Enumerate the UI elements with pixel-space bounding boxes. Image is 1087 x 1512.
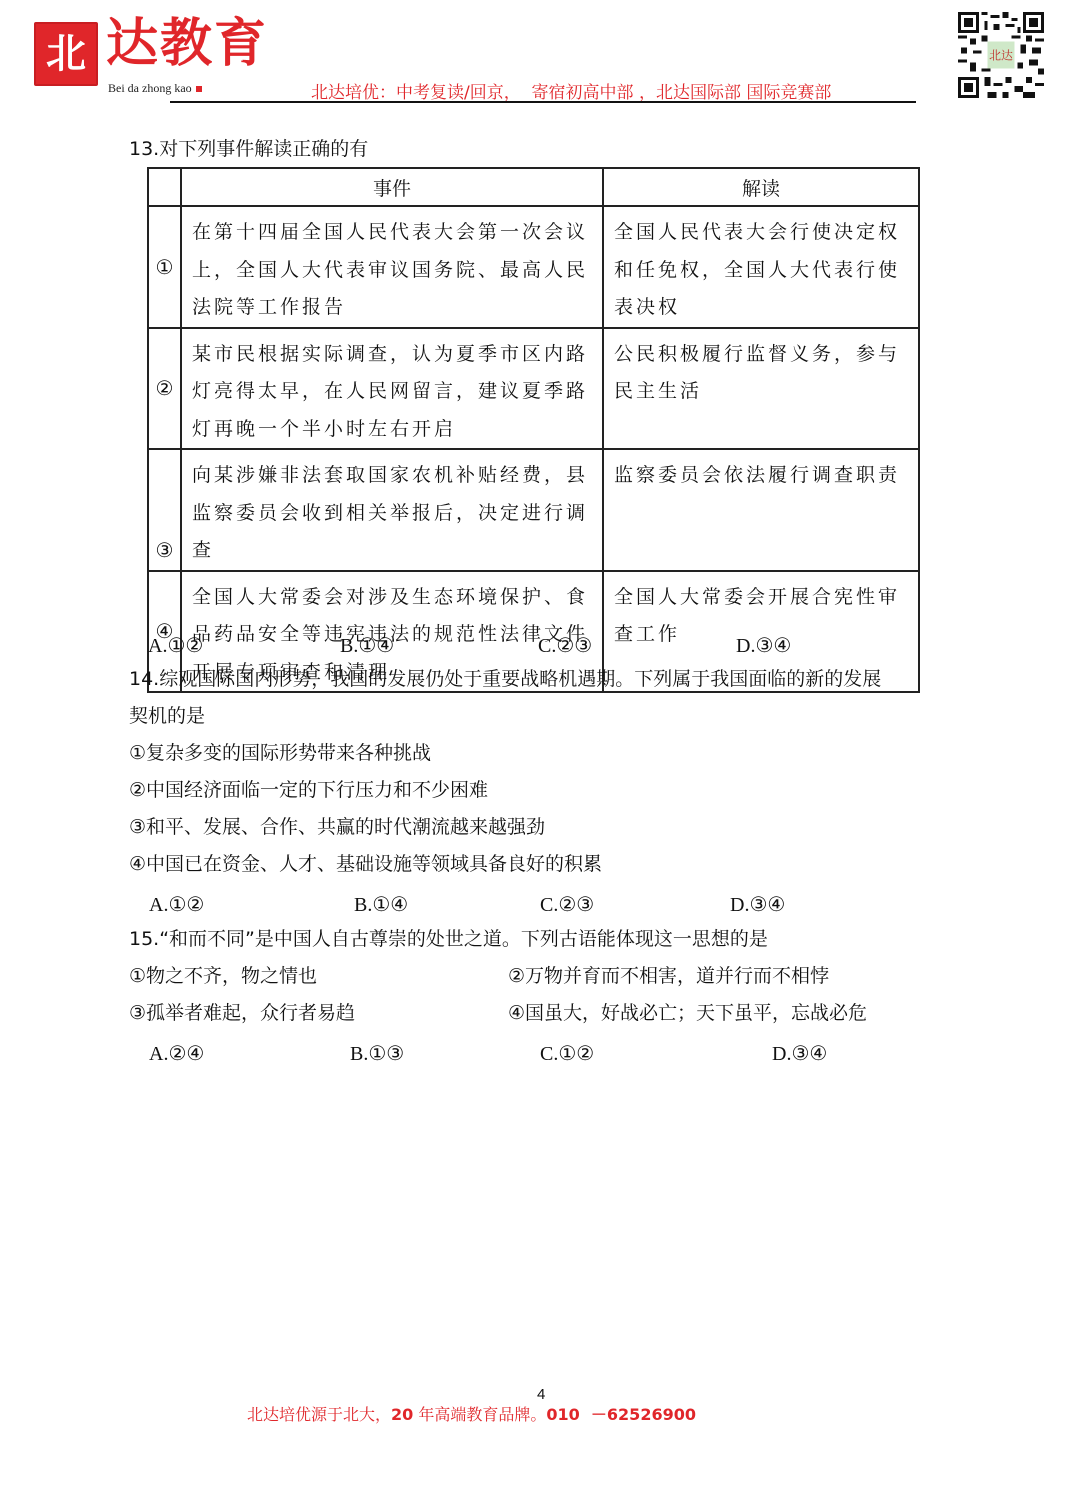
footer-phone: 010 －62526900 <box>546 1405 696 1424</box>
q15-option-d[interactable]: D.③④ <box>772 1041 827 1066</box>
row-event: 向某涉嫌非法套取国家农机补贴经费，县监察委员会收到相关举报后，决定进行调查 <box>181 449 603 571</box>
logo-seal-char: 北 <box>46 34 86 74</box>
q13-option-b[interactable]: B.①④ <box>340 633 394 658</box>
q13-option-d[interactable]: D.③④ <box>736 633 791 658</box>
row-number: ② <box>148 328 181 450</box>
row-event: 某市民根据实际调查，认为夏季市区内路灯亮得太早，在人民网留言，建议夏季路灯再晚一… <box>181 328 603 450</box>
q14-option-c[interactable]: C.②③ <box>540 892 594 917</box>
q15-item-2: ②万物并育而不相害，道并行而不相悖 <box>508 967 829 986</box>
header-tagline: 北达培优：中考复读/回京， 寄宿初高中部 ，北达国际部 国际竞赛部 <box>311 78 831 103</box>
footer-years: 20 <box>391 1405 413 1424</box>
q14-item-3: ③和平、发展、合作、共赢的时代潮流越来越强劲 <box>129 818 545 837</box>
table-row: ③ 向某涉嫌非法套取国家农机补贴经费，县监察委员会收到相关举报后，决定进行调查 … <box>148 449 919 571</box>
logo-name: 达教育 <box>106 18 268 70</box>
qr-code-icon: 北达 <box>958 12 1044 98</box>
q14-item-1: ①复杂多变的国际形势带来各种挑战 <box>129 744 431 763</box>
page-number: 4 <box>537 1386 545 1403</box>
row-number: ③ <box>148 449 181 571</box>
q15-item-3: ③孤举者难起，众行者易趋 <box>129 1004 355 1023</box>
footer-text-a: 北达培优源于北大， <box>247 1405 391 1424</box>
table-row: ① 在第十四届全国人民代表大会第一次会议上，全国人大代表审议国务院、最高人民法院… <box>148 206 919 328</box>
q13-option-c[interactable]: C.②③ <box>538 633 592 658</box>
table-header-num <box>148 168 181 206</box>
row-reading: 公民积极履行监督义务，参与民主生活 <box>603 328 919 450</box>
q15-stem: 15.“和而不同”是中国人自古尊崇的处世之道。下列古语能体现这一思想的是 <box>129 930 768 949</box>
q13-table: 事件 解读 ① 在第十四届全国人民代表大会第一次会议上，全国人大代表审议国务院、… <box>147 167 920 693</box>
q14-option-d[interactable]: D.③④ <box>730 892 785 917</box>
table-header-row: 事件 解读 <box>148 168 919 206</box>
table-row: ② 某市民根据实际调查，认为夏季市区内路灯亮得太早，在人民网留言，建议夏季路灯再… <box>148 328 919 450</box>
table-header-event: 事件 <box>181 168 603 206</box>
footer-slogan: 北达培优源于北大，20 年高端教育品牌。010 －62526900 <box>247 1402 696 1425</box>
q15-item-4: ④国虽大，好战必亡；天下虽平，忘战必危 <box>508 1004 867 1023</box>
q14-item-2: ②中国经济面临一定的下行压力和不少困难 <box>129 781 488 800</box>
logo-pinyin: Bei da zhong kao <box>108 81 202 96</box>
header-divider <box>170 101 916 103</box>
q15-option-c[interactable]: C.①② <box>540 1041 594 1066</box>
row-reading: 监察委员会依法履行调查职责 <box>603 449 919 571</box>
q14-option-b[interactable]: B.①④ <box>354 892 408 917</box>
row-number: ① <box>148 206 181 328</box>
row-reading: 全国人民代表大会行使决定权和任免权，全国人大代表行使表决权 <box>603 206 919 328</box>
logo-pinyin-text: Bei da zhong kao <box>108 81 192 95</box>
footer-text-c: 年高端教育品牌。 <box>413 1405 546 1424</box>
q14-stem-line1: 14.综观国际国内形势，我国的发展仍处于重要战略机遇期。下列属于我国面临的新的发… <box>129 670 881 689</box>
q15-option-a[interactable]: A.②④ <box>149 1041 204 1066</box>
square-icon <box>196 86 202 92</box>
q14-item-4: ④中国已在资金、人才、基础设施等领域具备良好的积累 <box>129 855 602 874</box>
q15-item-1: ①物之不齐，物之情也 <box>129 967 317 986</box>
table-header-reading: 解读 <box>603 168 919 206</box>
row-event: 在第十四届全国人民代表大会第一次会议上，全国人大代表审议国务院、最高人民法院等工… <box>181 206 603 328</box>
q14-option-a[interactable]: A.①② <box>149 892 204 917</box>
q13-option-a[interactable]: A.①② <box>148 633 203 658</box>
q14-stem-line2: 契机的是 <box>129 707 205 726</box>
svg-text:北达: 北达 <box>989 48 1013 62</box>
logo-seal: 北 <box>34 22 98 86</box>
q15-option-b[interactable]: B.①③ <box>350 1041 404 1066</box>
q13-stem: 13.对下列事件解读正确的有 <box>129 140 368 159</box>
